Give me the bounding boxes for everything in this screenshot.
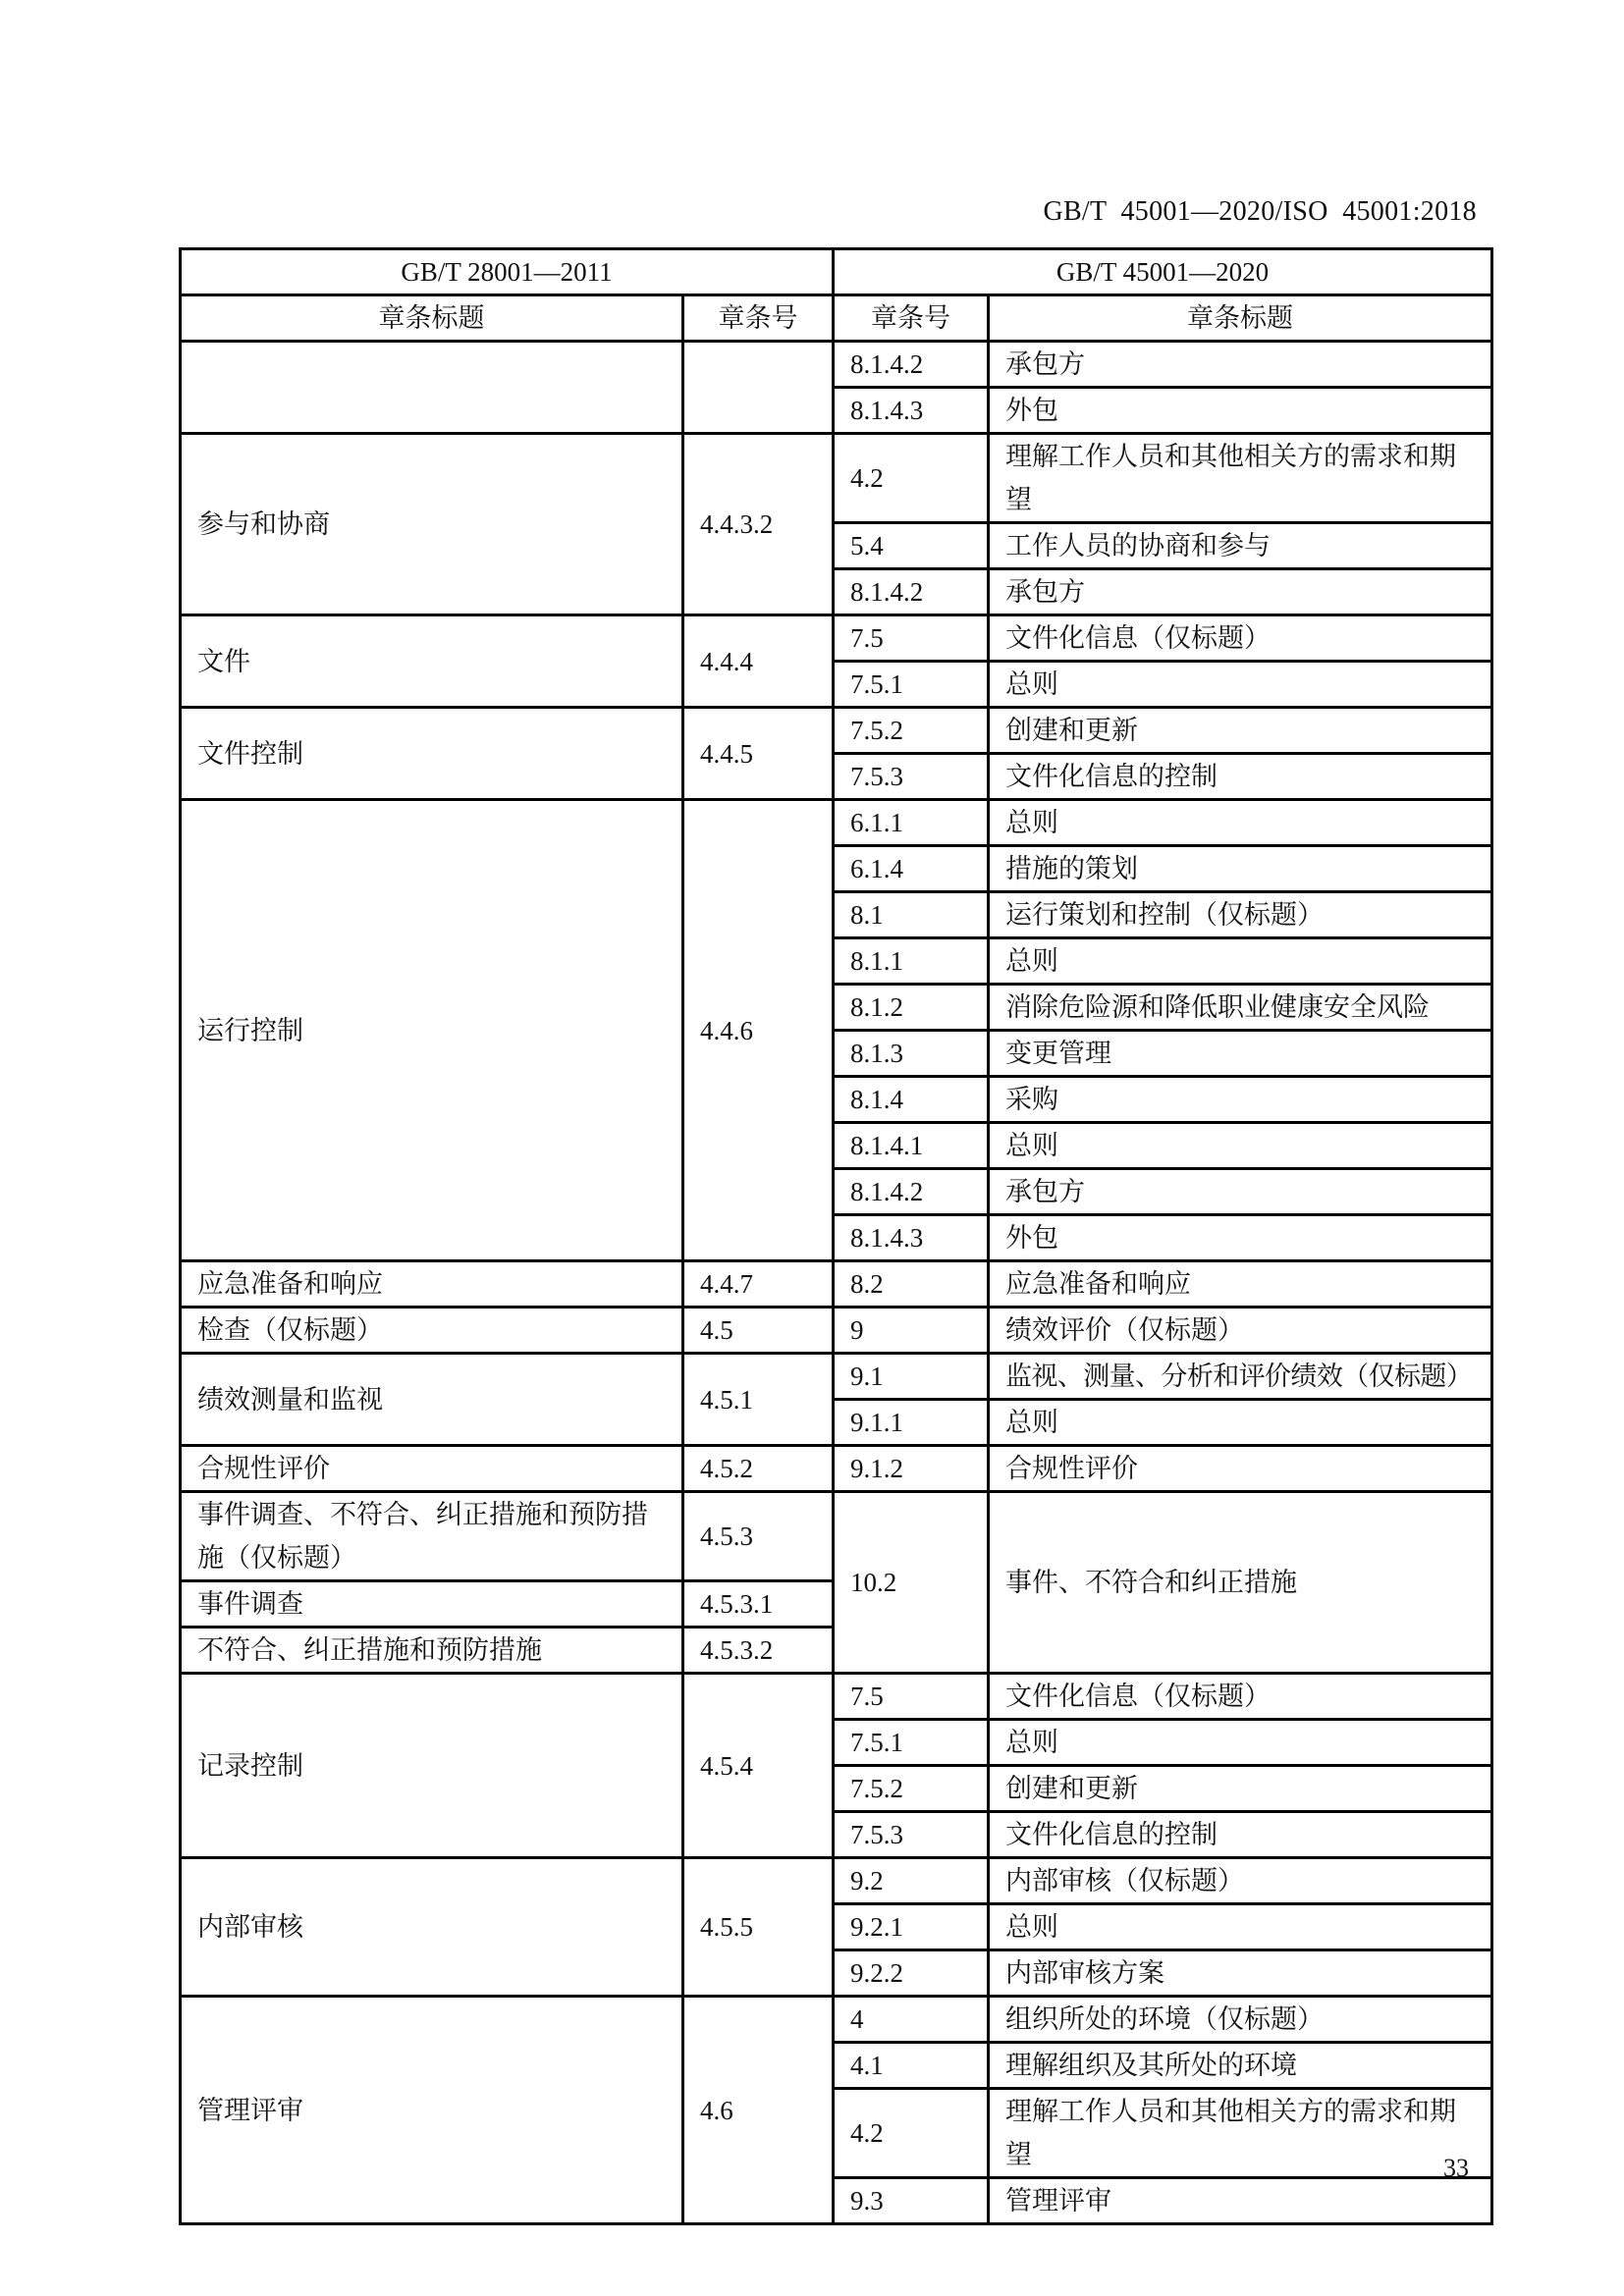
new-standard-header: GB/T 45001—2020: [834, 249, 1492, 295]
old-no-cell: 4.4.4: [683, 615, 834, 708]
new-no-cell: 4.2: [834, 434, 989, 523]
new-no-cell: 8.1.4: [834, 1077, 989, 1123]
new-title-cell: 管理评审: [989, 2178, 1492, 2224]
old-no-cell: [683, 342, 834, 434]
old-no-cell: 4.4.5: [683, 708, 834, 800]
new-no-cell: 6.1.4: [834, 846, 989, 892]
col-header-new-title: 章条标题: [989, 295, 1492, 342]
new-title-cell: 承包方: [989, 342, 1492, 388]
new-no-cell: 7.5.3: [834, 1812, 989, 1858]
old-title-cell: 管理评审: [181, 1997, 683, 2224]
new-no-cell: 8.2: [834, 1261, 989, 1308]
new-no-cell: 8.1.4.3: [834, 1215, 989, 1261]
table-row: 应急准备和响应 4.4.7 8.2 应急准备和响应: [181, 1261, 1492, 1308]
new-no-cell: 8.1.4.3: [834, 388, 989, 434]
new-title-cell: 总则: [989, 1400, 1492, 1446]
group-header-row: GB/T 28001—2011 GB/T 45001—2020: [181, 249, 1492, 295]
old-title-cell: 参与和协商: [181, 434, 683, 615]
new-no-cell: 4: [834, 1997, 989, 2043]
new-title-cell: 总则: [989, 1123, 1492, 1169]
new-title-cell: 理解工作人员和其他相关方的需求和期望: [989, 434, 1492, 523]
new-no-cell: 7.5: [834, 1674, 989, 1720]
table-row: 事件调查、不符合、纠正措施和预防措施（仅标题） 4.5.3 10.2 事件、不符…: [181, 1492, 1492, 1581]
col-header-new-no: 章条号: [834, 295, 989, 342]
new-title-cell: 变更管理: [989, 1031, 1492, 1077]
new-title-cell: 应急准备和响应: [989, 1261, 1492, 1308]
new-title-cell: 总则: [989, 938, 1492, 985]
new-no-cell: 7.5.3: [834, 754, 989, 800]
new-title-cell: 文件化信息（仅标题）: [989, 615, 1492, 662]
old-no-cell: 4.5.3.2: [683, 1628, 834, 1674]
new-no-cell: 8.1.4.2: [834, 569, 989, 615]
old-title-cell: 应急准备和响应: [181, 1261, 683, 1308]
column-header-row: 章条标题 章条号 章条号 章条标题: [181, 295, 1492, 342]
col-header-old-title: 章条标题: [181, 295, 683, 342]
running-head: GB/T 45001—2020/ISO 45001:2018: [1043, 196, 1477, 228]
clause-mapping-table: GB/T 28001—2011 GB/T 45001—2020 章条标题 章条号…: [179, 247, 1493, 2225]
old-title-cell: 不符合、纠正措施和预防措施: [181, 1628, 683, 1674]
new-title-cell: 内部审核方案: [989, 1950, 1492, 1997]
new-no-cell: 9.1.1: [834, 1400, 989, 1446]
old-title-cell: 运行控制: [181, 800, 683, 1261]
new-title-cell: 创建和更新: [989, 708, 1492, 754]
new-no-cell: 4.1: [834, 2043, 989, 2089]
new-title-cell: 总则: [989, 1720, 1492, 1766]
new-title-cell: 内部审核（仅标题）: [989, 1858, 1492, 1904]
new-title-cell: 总则: [989, 1904, 1492, 1950]
page-number: 33: [1443, 2154, 1469, 2183]
old-title-cell: [181, 342, 683, 434]
new-no-cell: 9.2.1: [834, 1904, 989, 1950]
old-title-cell: 事件调查: [181, 1581, 683, 1628]
new-no-cell: 8.1.1: [834, 938, 989, 985]
new-title-cell: 外包: [989, 1215, 1492, 1261]
old-no-cell: 4.5.2: [683, 1446, 834, 1492]
new-no-cell: 8.1.3: [834, 1031, 989, 1077]
new-title-cell: 监视、测量、分析和评价绩效（仅标题）: [989, 1354, 1492, 1400]
new-title-cell: 事件、不符合和纠正措施: [989, 1492, 1492, 1674]
new-title-cell: 文件化信息（仅标题）: [989, 1674, 1492, 1720]
new-title-cell: 创建和更新: [989, 1766, 1492, 1812]
table-row: 合规性评价 4.5.2 9.1.2 合规性评价: [181, 1446, 1492, 1492]
new-title-cell: 理解组织及其所处的环境: [989, 2043, 1492, 2089]
old-no-cell: 4.4.3.2: [683, 434, 834, 615]
new-title-cell: 绩效评价（仅标题）: [989, 1308, 1492, 1354]
table-row: 内部审核 4.5.5 9.2 内部审核（仅标题）: [181, 1858, 1492, 1904]
old-no-cell: 4.5: [683, 1308, 834, 1354]
new-no-cell: 7.5: [834, 615, 989, 662]
old-title-cell: 文件: [181, 615, 683, 708]
new-no-cell: 7.5.2: [834, 1766, 989, 1812]
old-no-cell: 4.5.5: [683, 1858, 834, 1997]
new-no-cell: 8.1: [834, 892, 989, 938]
table-row: 管理评审 4.6 4 组织所处的环境（仅标题）: [181, 1997, 1492, 2043]
new-no-cell: 4.2: [834, 2089, 989, 2178]
new-title-cell: 运行策划和控制（仅标题）: [989, 892, 1492, 938]
new-no-cell: 9.2.2: [834, 1950, 989, 1997]
new-title-cell: 组织所处的环境（仅标题）: [989, 1997, 1492, 2043]
old-title-cell: 检查（仅标题）: [181, 1308, 683, 1354]
new-title-cell: 消除危险源和降低职业健康安全风险: [989, 985, 1492, 1031]
new-title-cell: 理解工作人员和其他相关方的需求和期望: [989, 2089, 1492, 2178]
old-title-cell: 绩效测量和监视: [181, 1354, 683, 1446]
new-no-cell: 8.1.4.1: [834, 1123, 989, 1169]
new-title-cell: 措施的策划: [989, 846, 1492, 892]
table-row: 文件控制 4.4.5 7.5.2 创建和更新: [181, 708, 1492, 754]
new-no-cell: 9.1: [834, 1354, 989, 1400]
old-no-cell: 4.5.3: [683, 1492, 834, 1581]
new-title-cell: 承包方: [989, 569, 1492, 615]
new-title-cell: 采购: [989, 1077, 1492, 1123]
old-title-cell: 内部审核: [181, 1858, 683, 1997]
old-no-cell: 4.5.1: [683, 1354, 834, 1446]
old-no-cell: 4.4.6: [683, 800, 834, 1261]
old-no-cell: 4.6: [683, 1997, 834, 2224]
new-title-cell: 总则: [989, 662, 1492, 708]
new-no-cell: 9.1.2: [834, 1446, 989, 1492]
new-no-cell: 8.1.4.2: [834, 1169, 989, 1215]
new-no-cell: 9: [834, 1308, 989, 1354]
old-title-cell: 合规性评价: [181, 1446, 683, 1492]
table-row: 检查（仅标题） 4.5 9 绩效评价（仅标题）: [181, 1308, 1492, 1354]
new-no-cell: 9.3: [834, 2178, 989, 2224]
new-title-cell: 承包方: [989, 1169, 1492, 1215]
new-title-cell: 工作人员的协商和参与: [989, 523, 1492, 569]
table-row: 参与和协商 4.4.3.2 4.2 理解工作人员和其他相关方的需求和期望: [181, 434, 1492, 523]
new-title-cell: 文件化信息的控制: [989, 1812, 1492, 1858]
old-no-cell: 4.4.7: [683, 1261, 834, 1308]
table-row: 文件 4.4.4 7.5 文件化信息（仅标题）: [181, 615, 1492, 662]
new-no-cell: 8.1.4.2: [834, 342, 989, 388]
new-no-cell: 9.2: [834, 1858, 989, 1904]
new-no-cell: 7.5.1: [834, 662, 989, 708]
new-no-cell: 8.1.2: [834, 985, 989, 1031]
old-title-cell: 记录控制: [181, 1674, 683, 1858]
table-row: 记录控制 4.5.4 7.5 文件化信息（仅标题）: [181, 1674, 1492, 1720]
new-no-cell: 10.2: [834, 1492, 989, 1674]
new-no-cell: 6.1.1: [834, 800, 989, 846]
new-title-cell: 总则: [989, 800, 1492, 846]
table-row: 8.1.4.2 承包方: [181, 342, 1492, 388]
table-row: 绩效测量和监视 4.5.1 9.1 监视、测量、分析和评价绩效（仅标题）: [181, 1354, 1492, 1400]
new-title-cell: 合规性评价: [989, 1446, 1492, 1492]
new-title-cell: 外包: [989, 388, 1492, 434]
col-header-old-no: 章条号: [683, 295, 834, 342]
new-no-cell: 7.5.2: [834, 708, 989, 754]
old-title-cell: 事件调查、不符合、纠正措施和预防措施（仅标题）: [181, 1492, 683, 1581]
old-standard-header: GB/T 28001—2011: [181, 249, 834, 295]
new-no-cell: 7.5.1: [834, 1720, 989, 1766]
table-row: 运行控制 4.4.6 6.1.1 总则: [181, 800, 1492, 846]
old-no-cell: 4.5.3.1: [683, 1581, 834, 1628]
old-no-cell: 4.5.4: [683, 1674, 834, 1858]
new-title-cell: 文件化信息的控制: [989, 754, 1492, 800]
old-title-cell: 文件控制: [181, 708, 683, 800]
new-no-cell: 5.4: [834, 523, 989, 569]
